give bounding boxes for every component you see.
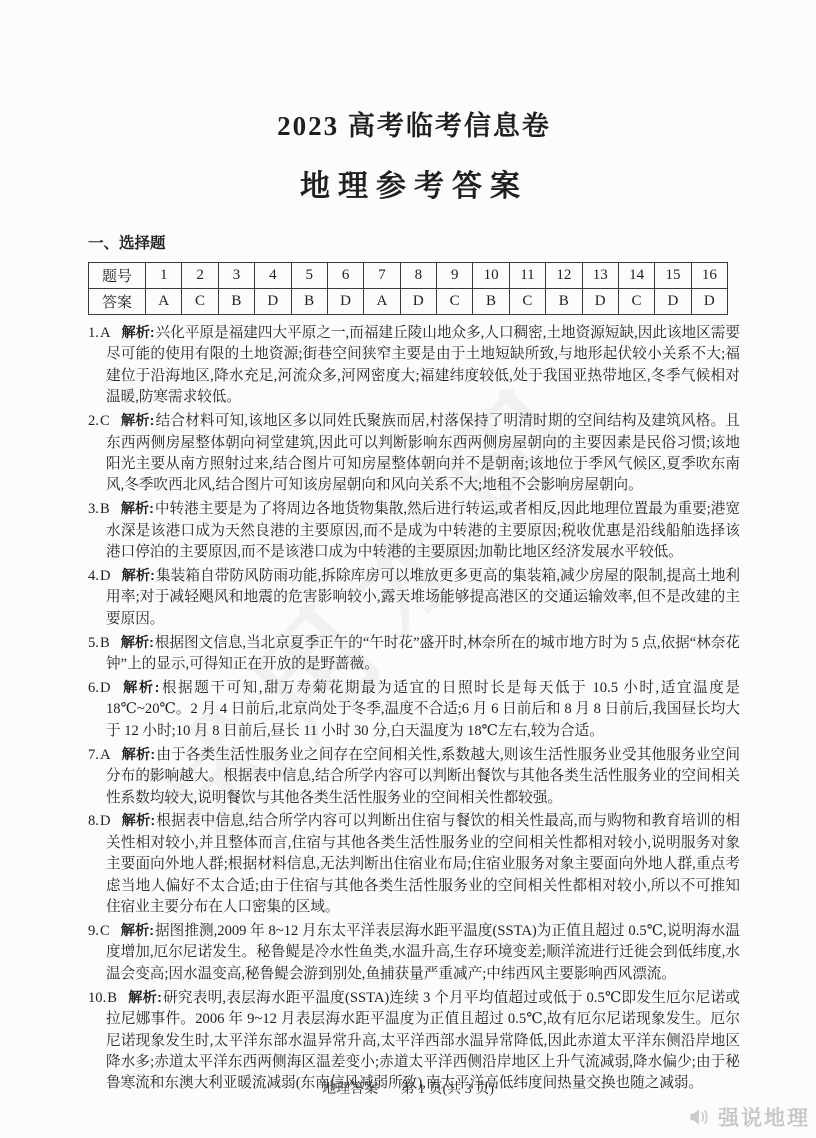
answer-cell: D [582, 289, 618, 315]
analysis-label: 解析: [122, 747, 156, 763]
explanation-item: 8.D解析:根据表中信息,结合所学内容可以判断出住宿与餐饮的相关性最高,而与购物… [88, 811, 740, 918]
item-answer: A [100, 325, 111, 341]
answer-cell: D [691, 289, 727, 315]
answer-cell: D [655, 289, 691, 315]
answer-cell: D [255, 289, 291, 315]
analysis-label: 解析: [122, 813, 156, 829]
explanation-item: 5.B解析:根据图文信息,当北京夏季正午的“午时花”盛开时,林奈所在的城市地方时… [88, 633, 740, 676]
analysis-label: 解析: [122, 680, 160, 696]
qnum-cell: 1 [146, 263, 182, 289]
answer-cell: B [218, 289, 254, 315]
analysis-text: 集装箱自带防风防雨功能,拆除库房可以堆放更多更高的集装箱,减少房屋的限制,提高土… [106, 568, 740, 627]
analysis-label: 解析: [121, 413, 155, 429]
explanation-item: 6.D解析:根据题干可知,甜万寿菊花期最为适宜的日照时长是每天低于 10.5 小… [88, 678, 740, 742]
analysis-text: 根据图文信息,当北京夏季正午的“午时花”盛开时,林奈所在的城市地方时为 5 点,… [106, 635, 740, 672]
answer-cell: A [146, 289, 182, 315]
qnum-cell: 12 [546, 263, 582, 289]
item-number: 7. [88, 747, 99, 763]
brand-name: 强说地理 [718, 1102, 810, 1132]
qnum-cell: 4 [255, 263, 291, 289]
footer-page-number: 第 1 页(共 3 页) [401, 1082, 494, 1097]
item-number: 10. [88, 990, 106, 1006]
item-number: 1. [88, 325, 99, 341]
answer-cell: C [182, 289, 218, 315]
qnum-cell: 9 [437, 263, 473, 289]
explanation-item: 9.C解析:据图推测,2009 年 8~12 月东太平洋表层海水距平温度(SST… [88, 921, 740, 985]
answer-cell: D [400, 289, 436, 315]
qnum-cell: 10 [473, 263, 509, 289]
explanation-item: 2.C解析:结合材料可知,该地区多以同姓氏聚族而居,村落保持了明清时期的空间结构… [88, 411, 740, 497]
answer-cell: D [327, 289, 363, 315]
explanation-item: 4.D解析:集装箱自带防风防雨功能,拆除库房可以堆放更多更高的集装箱,减少房屋的… [88, 566, 740, 630]
analysis-label: 解析: [122, 325, 155, 341]
page-footer: 地理答案第 1 页(共 3 页) [0, 1078, 816, 1098]
item-answer: A [100, 747, 111, 763]
item-number: 6. [88, 680, 99, 696]
qnum-cell: 5 [291, 263, 327, 289]
item-number: 2. [88, 413, 99, 429]
analysis-label: 解析: [121, 501, 154, 517]
brand-logo: 强说地理 [687, 1102, 810, 1132]
qnum-header-cell: 题号 [89, 263, 146, 289]
item-answer: B [107, 990, 117, 1006]
qnum-cell: 15 [655, 263, 691, 289]
answer-cell: A [364, 289, 400, 315]
item-answer: D [100, 813, 111, 829]
analysis-text: 据图推测,2009 年 8~12 月东太平洋表层海水距平温度(SSTA)为正值且… [106, 923, 740, 982]
answer-cell: C [437, 289, 473, 315]
answer-cell: C [618, 289, 654, 315]
item-number: 9. [88, 923, 99, 939]
answer-cell: B [546, 289, 582, 315]
item-answer: B [100, 635, 110, 651]
item-answer: D [100, 568, 111, 584]
page-content: 2023 高考临考信息卷 地理参考答案 一、选择题 题号 1 2 3 4 5 6… [88, 0, 740, 1097]
exam-title: 2023 高考临考信息卷 [88, 104, 740, 143]
analysis-text: 兴化平原是福建四大平原之一,而福建丘陵山地众多,人口稠密,土地资源短缺,因此该地… [106, 325, 740, 405]
answer-cell: B [291, 289, 327, 315]
analysis-text: 结合材料可知,该地区多以同姓氏聚族而居,村落保持了明清时期的空间结构及建筑风格。… [106, 413, 740, 493]
answer-cell: B [473, 289, 509, 315]
analysis-label: 解析: [121, 923, 154, 939]
analysis-text: 根据题干可知,甜万寿菊花期最为适宜的日照时长是每天低于 10.5 小时,适宜温度… [106, 680, 740, 739]
qnum-cell: 7 [364, 263, 400, 289]
item-answer: C [100, 413, 110, 429]
item-number: 8. [88, 813, 99, 829]
analysis-label: 解析: [122, 568, 155, 584]
explanation-list: 1.A解析:兴化平原是福建四大平原之一,而福建丘陵山地众多,人口稠密,土地资源短… [88, 323, 740, 1095]
qnum-cell: 14 [618, 263, 654, 289]
analysis-text: 中转港主要是为了将周边各地货物集散,然后进行转运,或者相反,因此地理位置最为重要… [106, 501, 740, 560]
item-number: 3. [88, 501, 99, 517]
megaphone-icon [687, 1104, 713, 1130]
qnum-cell: 13 [582, 263, 618, 289]
answer-cell: C [509, 289, 545, 315]
qnum-cell: 8 [400, 263, 436, 289]
qnum-cell: 16 [691, 263, 727, 289]
section-heading: 一、选择题 [88, 231, 740, 253]
analysis-text: 由于各类生活性服务业之间存在空间相关性,系数越大,则该生活性服务业受其他服务业空… [106, 747, 740, 806]
explanation-item: 3.B解析:中转港主要是为了将周边各地货物集散,然后进行转运,或者相反,因此地理… [88, 499, 740, 563]
answer-row: 答案 A C B D B D A D C B C B D C D D [89, 289, 728, 315]
explanation-item: 7.A解析:由于各类生活性服务业之间存在空间相关性,系数越大,则该生活性服务业受… [88, 745, 740, 809]
analysis-text: 研究表明,表层海水距平温度(SSTA)连续 3 个月平均值超过或低于 0.5℃即… [106, 990, 740, 1092]
item-answer: C [100, 923, 110, 939]
qnum-cell: 2 [182, 263, 218, 289]
qnum-cell: 11 [509, 263, 545, 289]
qnum-cell: 6 [327, 263, 363, 289]
qnum-cell: 3 [218, 263, 254, 289]
item-answer: D [100, 680, 111, 696]
item-answer: B [100, 501, 110, 517]
analysis-label: 解析: [121, 635, 154, 651]
answer-sheet-page: 试用水印 2023 高考临考信息卷 地理参考答案 一、选择题 题号 1 2 3 … [0, 0, 816, 1138]
answer-key-title: 地理参考答案 [88, 161, 740, 205]
analysis-text: 根据表中信息,结合所学内容可以判断出住宿与餐饮的相关性最高,而与购物和教育培训的… [106, 813, 740, 915]
item-number: 5. [88, 635, 99, 651]
explanation-item: 1.A解析:兴化平原是福建四大平原之一,而福建丘陵山地众多,人口稠密,土地资源短… [88, 323, 740, 409]
answer-table: 题号 1 2 3 4 5 6 7 8 9 10 11 12 13 14 15 1 [88, 262, 728, 315]
answer-header-cell: 答案 [89, 289, 146, 315]
question-number-row: 题号 1 2 3 4 5 6 7 8 9 10 11 12 13 14 15 1 [89, 263, 728, 289]
footer-doc-label: 地理答案 [322, 1082, 378, 1097]
item-number: 4. [88, 568, 99, 584]
analysis-label: 解析: [128, 990, 162, 1006]
